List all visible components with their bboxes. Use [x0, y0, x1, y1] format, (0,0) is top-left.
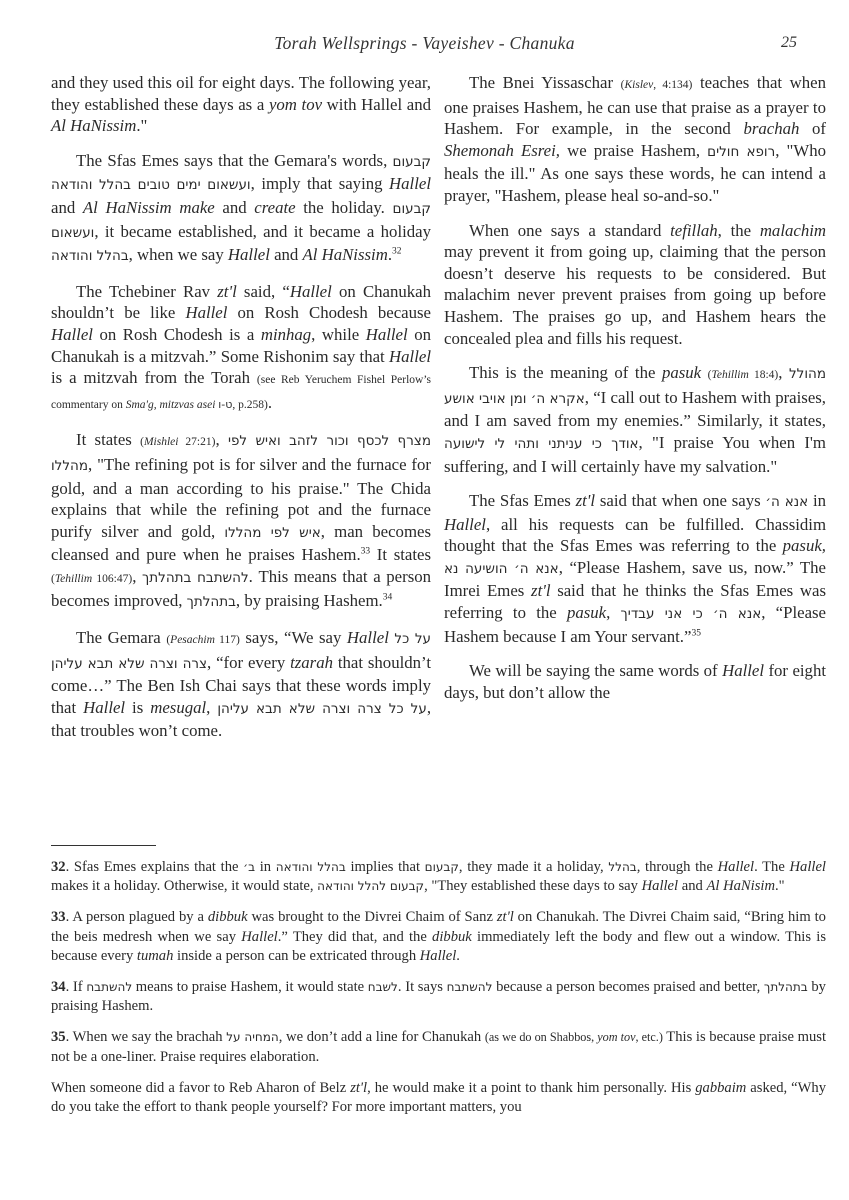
italic-term: yom tov: [269, 95, 322, 114]
hebrew-quote: ב׳: [243, 860, 255, 874]
text: When one says a standard: [469, 221, 670, 240]
text: ,: [215, 430, 227, 449]
source-citation: (Mishlei 27:21): [140, 436, 215, 448]
text: , “for every: [207, 653, 290, 672]
text: implies that: [346, 859, 425, 875]
text: 18:4): [749, 369, 778, 381]
paragraph-mishlei: It states (Mishlei 27:21), מצרף לכסף וכו…: [51, 429, 431, 614]
paragraph-sfas-emes-gemara: The Sfas Emes says that the Gemara's wor…: [51, 150, 431, 268]
italic-term: tzarah: [290, 653, 333, 672]
text: , "They established these days to say: [424, 878, 642, 894]
hebrew-quote: אנא ה׳ כי אני עבדיך: [621, 606, 762, 622]
text: ,: [778, 363, 789, 382]
text: , the: [718, 221, 760, 240]
footnotes: 32. Sfas Emes explains that the ב׳ in בה…: [51, 858, 826, 1129]
italic-term: Hallel: [347, 628, 389, 647]
text: , he would make it a point to thank him …: [367, 1080, 695, 1096]
page-number: 25: [781, 34, 797, 52]
footnote-number: 33: [51, 909, 66, 925]
text: we praise Hashem,: [560, 141, 707, 160]
italic-term: zt'l: [531, 581, 550, 600]
italic-term: Hallel: [718, 859, 754, 875]
hebrew-quote: אודך כי עניתני ותהי לי לישועה: [444, 436, 639, 452]
text: 117): [215, 634, 240, 646]
text: . The: [754, 859, 789, 875]
hebrew-quote: בהלל והודאה: [276, 860, 346, 874]
text: , imply that saying: [251, 174, 389, 193]
italic-term: tumah: [137, 948, 173, 964]
text: , etc.): [635, 1030, 662, 1044]
italic-term: create: [254, 198, 295, 217]
italic-term: Hallel: [366, 325, 408, 344]
hebrew-quote: בהלל והודאה: [51, 248, 129, 264]
text: was brought to the Divrei Chaim of Sanz: [248, 909, 497, 925]
text: the holiday.: [296, 198, 393, 217]
text: in: [255, 859, 276, 875]
text: on Rosh Chodesh is a: [93, 325, 261, 344]
italic-term: Hallel: [241, 929, 277, 945]
italic-term: Al HaNissim make: [83, 198, 215, 217]
hebrew-quote: איש לפי מהללו: [224, 525, 320, 541]
italic-term: Hallel: [389, 174, 431, 193]
text: , through the: [637, 859, 718, 875]
hebrew-quote: על כל צרה וצרה שלא תבא עליהן: [217, 701, 426, 717]
source-citation: (Kislev, 4:134): [621, 79, 693, 91]
italic-term: zt'l: [217, 282, 236, 301]
hebrew-quote: להשתבח בתהלתך: [142, 570, 249, 586]
hebrew-quote: בתהלתך: [764, 980, 808, 994]
text: , they made it a holiday,: [459, 859, 608, 875]
source-citation: (Tehillim 18:4): [708, 369, 779, 381]
text: on Rosh Chodesh because: [227, 303, 431, 322]
italic-term: Mishlei: [144, 436, 179, 448]
hebrew-quote: אנא ה׳: [765, 494, 808, 510]
text: The Sfas Emes: [469, 491, 576, 510]
footnote-story-belz: When someone did a favor to Reb Aharon o…: [51, 1079, 826, 1117]
text: said that when one says: [595, 491, 765, 510]
hebrew-quote: להשתבח: [86, 980, 132, 994]
footnote-divider: [51, 845, 156, 846]
text: and: [215, 198, 255, 217]
left-column: and they used this oil for eight days. T…: [51, 72, 431, 755]
hebrew-quote: לשבח: [368, 980, 398, 994]
italic-term: Kislev: [624, 79, 653, 91]
italic-term: Hallel: [444, 515, 486, 534]
hebrew-quote: המחיה על: [226, 1030, 279, 1044]
text: The Sfas Emes says that the Gemara's wor…: [76, 151, 393, 170]
text: . If: [66, 979, 87, 995]
footnote-34: 34. If להשתבח means to praise Hashem, it…: [51, 978, 826, 1016]
text: .: [268, 393, 272, 412]
text: and: [51, 198, 83, 217]
text: , 4:134): [653, 79, 692, 91]
italic-term: zt'l: [497, 909, 514, 925]
footnote-32: 32. Sfas Emes explains that the ב׳ in בה…: [51, 858, 826, 896]
text: .": [136, 116, 147, 135]
italic-term: zt'l: [350, 1080, 367, 1096]
source-citation: (Tehillim 106:47): [51, 573, 132, 585]
italic-term: dibbuk: [432, 929, 472, 945]
text: , we don’t add a line for Chanukah: [279, 1029, 485, 1045]
italic-term: Al HaNisim: [706, 878, 775, 894]
hebrew-quote: רופא חולים: [707, 144, 775, 160]
text: , when we say: [129, 245, 228, 264]
text: .” They did that, and the: [278, 929, 432, 945]
text: . A person plagued by a: [66, 909, 208, 925]
text: , p.258): [232, 399, 267, 411]
italic-term: zt'l: [576, 491, 595, 510]
hebrew-quote: אנא ה׳ הושיעה נא: [444, 561, 559, 577]
text: may prevent it from going up, claiming t…: [444, 242, 826, 347]
italic-term: Shemonah Esrei,: [444, 141, 560, 160]
hebrew-quote: קבעום: [425, 860, 459, 874]
paragraph-tchebiner-rav: The Tchebiner Rav zt'l said, “Hallel on …: [51, 281, 431, 417]
italic-term: gabbaim: [695, 1080, 746, 1096]
footnote-33: 33. A person plagued by a dibbuk was bro…: [51, 908, 826, 966]
text: makes it a holiday. Otherwise, it would …: [51, 878, 317, 894]
italic-term: Hallel: [389, 347, 431, 366]
text: and: [270, 245, 303, 264]
italic-term: yom tov: [597, 1030, 635, 1044]
italic-term: Pesachim: [170, 634, 215, 646]
footnote-number: 34: [51, 979, 66, 995]
italic-term: Hallel: [420, 948, 456, 964]
footnote-number: 35: [51, 1029, 66, 1045]
italic-term: brachah: [743, 119, 799, 138]
source-citation: (as we do on Shabbos, yom tov, etc.): [485, 1030, 663, 1044]
hebrew-quote: ט-ו: [218, 398, 232, 411]
text: and: [678, 878, 706, 894]
text: It states: [370, 545, 431, 564]
italic-term: minhag: [261, 325, 311, 344]
text: The Tchebiner Rav: [76, 282, 217, 301]
footnote-ref-33[interactable]: 33: [361, 547, 371, 557]
text: is: [125, 698, 150, 717]
text: ,: [606, 603, 620, 622]
text: is a mitzvah from the Torah: [51, 368, 257, 387]
footnote-number: 32: [51, 859, 66, 875]
italic-term: Sma'g, mitzvas asei: [126, 399, 216, 411]
italic-term: Hallel: [185, 303, 227, 322]
source-citation: (Pesachim 117): [166, 634, 239, 646]
paragraph-standard-tefillah: When one says a standard tefillah, the m…: [444, 220, 826, 350]
italic-term: pasuk: [567, 603, 606, 622]
italic-term: Al HaNissim: [51, 116, 136, 135]
italic-term: Hallel: [790, 859, 826, 875]
paragraph-ana-hashem: The Sfas Emes zt'l said that when one sa…: [444, 490, 826, 647]
italic-term: Hallel: [642, 878, 678, 894]
text: When someone did a favor to Reb Aharon o…: [51, 1080, 350, 1096]
italic-term: Hallel: [290, 282, 332, 301]
text: means to praise Hashem, it would state: [132, 979, 368, 995]
hebrew-quote: בהלל: [608, 860, 636, 874]
text: with Hallel and: [322, 95, 431, 114]
text: 27:21): [178, 436, 215, 448]
text: because a person becomes praised and bet…: [492, 979, 763, 995]
italic-term: Hallel: [51, 325, 93, 344]
text: .: [456, 948, 460, 964]
text: inside a person can be extricated throug…: [173, 948, 419, 964]
italic-term: malachim: [760, 221, 826, 240]
italic-term: pasuk,: [783, 536, 826, 555]
text: , while: [311, 325, 366, 344]
text: ,: [206, 698, 217, 717]
text: The Gemara: [76, 628, 166, 647]
italic-term: Hallel: [228, 245, 270, 264]
text: ,: [132, 567, 142, 586]
page-header: Torah Wellsprings - Vayeishev - Chanuka …: [0, 33, 849, 57]
text: (as we do on Shabbos,: [485, 1030, 597, 1044]
hebrew-quote: בתהלתך: [187, 594, 236, 610]
footnote-ref-32[interactable]: 32: [392, 247, 402, 257]
text: said, “: [237, 282, 290, 301]
italic-term: Tehillim: [712, 369, 749, 381]
italic-term: tefillah: [670, 221, 718, 240]
text: . When we say the brachah: [66, 1029, 227, 1045]
paragraph-bnei-yissaschar: The Bnei Yissaschar (Kislev, 4:134) teac…: [444, 72, 826, 207]
text: says, “We say: [240, 628, 347, 647]
italic-term: Hallel: [722, 661, 764, 680]
italic-term: pasuk: [662, 363, 701, 382]
text: in: [808, 491, 826, 510]
paragraph-pasuk-tehillim: This is the meaning of the pasuk (Tehill…: [444, 362, 826, 477]
hebrew-quote: קבעום להלל והודאה: [317, 879, 424, 893]
paragraph-same-words: We will be saying the same words of Hall…: [444, 660, 826, 703]
footnote-ref-34[interactable]: 34: [383, 593, 393, 603]
text: . It says: [398, 979, 447, 995]
paragraph-gemara-pesachim: The Gemara (Pesachim 117) says, “We say …: [51, 627, 431, 742]
hebrew-quote: להשתבח: [447, 980, 493, 994]
italic-term: Hallel: [83, 698, 125, 717]
running-title: Torah Wellsprings - Vayeishev - Chanuka: [0, 33, 849, 54]
text: , it became established, and it became a…: [94, 222, 431, 241]
text: We will be saying the same words of: [469, 661, 722, 680]
text: .": [775, 878, 785, 894]
italic-term: mesugal: [150, 698, 206, 717]
paragraph-oil-eight-days: and they used this oil for eight days. T…: [51, 72, 431, 137]
footnote-35: 35. When we say the brachah המחיה על, we…: [51, 1028, 826, 1066]
text: , all his requests can be fulfilled. Cha…: [444, 515, 826, 556]
text: , by praising Hashem.: [236, 591, 383, 610]
text: . Sfas Emes explains that the: [66, 859, 244, 875]
text: It states: [76, 430, 140, 449]
text: This is the meaning of the: [469, 363, 662, 382]
text: 106:47): [92, 573, 132, 585]
italic-term: Tehillim: [55, 573, 92, 585]
italic-term: Al HaNissim: [303, 245, 388, 264]
footnote-ref-35[interactable]: 35: [691, 628, 701, 638]
italic-term: dibbuk: [208, 909, 248, 925]
text: The Bnei Yissaschar: [469, 73, 621, 92]
text: of: [799, 119, 826, 138]
right-column: The Bnei Yissaschar (Kislev, 4:134) teac…: [444, 72, 826, 716]
